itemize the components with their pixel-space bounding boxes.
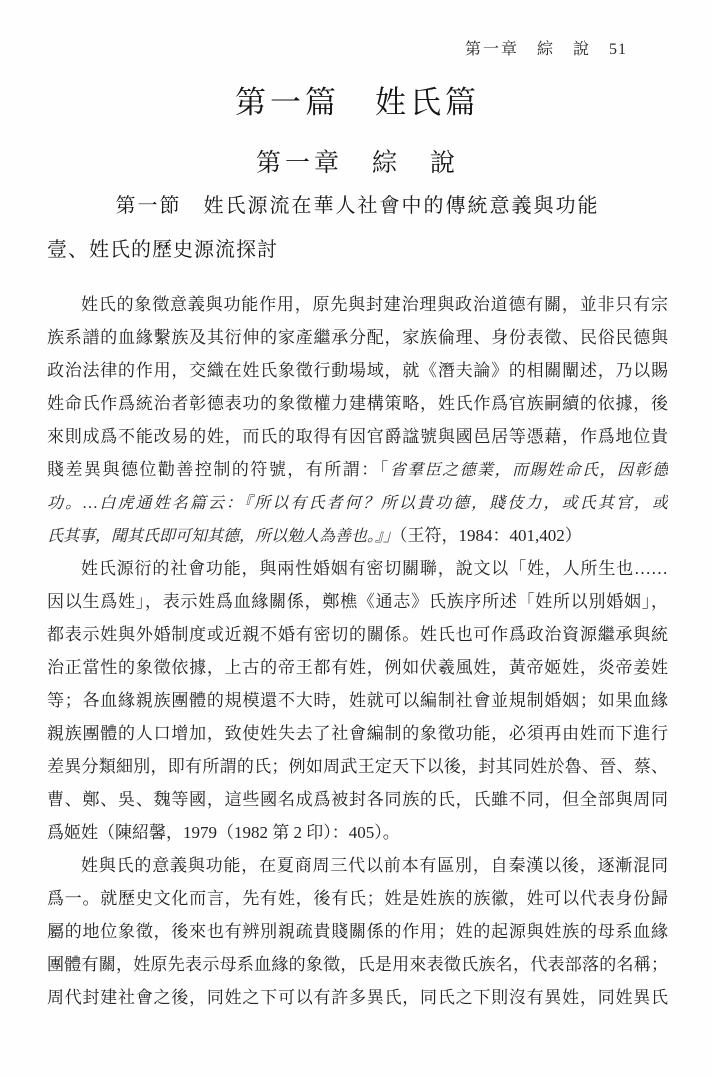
body-run: 姓命氏作爲統治者彰德表功的象徵權力建構策略，姓氏作爲官族嗣續的依據，後 [47, 394, 668, 413]
body-run: 因以生爲姓」，表示姓爲血緣關係，鄭樵《通志》氏族序所述「姓所以別婚姻」， [47, 592, 668, 611]
body-line: 屬的地位象徵，後來也有辨別親疏貴賤關係的作用；姓的起源與姓族的母系血緣 [47, 915, 668, 948]
body-line: 曹、鄭、吳、魏等國，這些國名成爲被封各同族的氏，氏雖不同，但全部與周同 [47, 783, 668, 816]
chapter-title: 第一章 綜 說 [47, 150, 668, 178]
body-run: 曹、鄭、吳、魏等國，這些國名成爲被封各同族的氏，氏雖不同，但全部與周同 [47, 790, 668, 809]
body-line: 政治法律的作用，交織在姓氏象徵行動場域，就《潛夫論》的相關闡述，乃以賜 [47, 354, 668, 387]
body-run: 團體有關，姓原先表示母系血緣的象徵，氏是用來表徵氏族名，代表部落的名稱； [47, 955, 668, 974]
body-line: 姓氏的象徵意義與功能作用，原先與封建治理與政治道德有關，並非只有宗 [47, 288, 668, 321]
body-line: 賤差異與德位勸善控制的符號，有所謂：「省羣臣之德業，而賜姓命氏，因彰德 [47, 453, 668, 486]
body-line: 治正當性的象徵依據，上古的帝王都有姓，例如伏羲風姓，黃帝姬姓，炎帝姜姓 [47, 651, 668, 684]
body-run: 差異分類細別，即有所謂的氏；例如周武王定天下以後，封其同姓於魯、晉、蔡、 [47, 757, 668, 776]
body-run: 政治法律的作用，交織在姓氏象徵行動場域，就《潛夫論》的相關闡述，乃以賜 [47, 361, 668, 380]
body-line: 族系譜的血緣繫族及其衍伸的家產繼承分配，家族倫理、身份表徵、民俗民德與 [47, 321, 668, 354]
running-head-chapter: 第一章 綜 說 [465, 36, 591, 59]
running-head: 第一章 綜 說 51 [465, 36, 627, 59]
part-title: 第一篇 姓氏篇 [47, 86, 668, 120]
quoted-classical-text: 功。…白虎通姓名篇云：『所以有氏者何？所以貴功德，賤伎力，或氏其官，或 [47, 495, 668, 512]
document-page: 第一章 綜 說 51 第一篇 姓氏篇 第一章 綜 說 第一節 姓氏源流在華人社會… [0, 0, 711, 1078]
body-run: 周代封建社會之後，同姓之下可以有許多異氏，同氏之下則沒有異姓，同姓異氏 [47, 988, 668, 1007]
body-line: 爲姬姓（陳紹馨，1979（1982 第 2 印）：405）。 [47, 816, 668, 849]
quoted-classical-text: 氏其事，聞其氏即可知其德，所以勉人為善也。』」 [47, 528, 399, 545]
body-line: 團體有關，姓原先表示母系血緣的象徵，氏是用來表徵氏族名，代表部落的名稱； [47, 948, 668, 981]
body-run: 賤差異與德位勸善控制的符號，有所謂：「 [47, 460, 390, 479]
body-line: 差異分類細別，即有所謂的氏；例如周武王定天下以後，封其同姓於魯、晉、蔡、 [47, 750, 668, 783]
body-line: 等；各血緣親族團體的規模還不大時，姓就可以編制社會並規制婚姻；如果血緣 [47, 684, 668, 717]
body-line: 氏其事，聞其氏即可知其德，所以勉人為善也。』」（王符，1984：401,402） [47, 519, 668, 552]
body-run: 都表示姓與外婚制度或近親不婚有密切的關係。姓氏也可作爲政治資源繼承與統 [47, 625, 668, 644]
body-line: 都表示姓與外婚制度或近親不婚有密切的關係。姓氏也可作爲政治資源繼承與統 [47, 618, 668, 651]
body-line: 因以生爲姓」，表示姓爲血緣關係，鄭樵《通志》氏族序所述「姓所以別婚姻」， [47, 585, 668, 618]
body-line: 姓命氏作爲統治者彰德表功的象徵權力建構策略，姓氏作爲官族嗣續的依據，後 [47, 387, 668, 420]
body-run: 爲姬姓（陳紹馨，1979（1982 第 2 印）：405）。 [47, 823, 400, 842]
body-run: 姓與氏的意義與功能，在夏商周三代以前本有區別，自秦漢以後，逐漸混同 [81, 856, 668, 875]
body-line: 親族團體的人口增加，致使姓失去了社會編制的象徵功能，必須再由姓而下進行 [47, 717, 668, 750]
body-run: 屬的地位象徵，後來也有辨別親疏貴賤關係的作用；姓的起源與姓族的母系血緣 [47, 922, 668, 941]
section-title: 第一節 姓氏源流在華人社會中的傳統意義與功能 [47, 194, 668, 218]
body-line: 功。…白虎通姓名篇云：『所以有氏者何？所以貴功德，賤伎力，或氏其官，或 [47, 486, 668, 519]
body-line: 姓氏源衍的社會功能，與兩性婚姻有密切關聯，說文以「姓，人所生也…… [47, 552, 668, 585]
subsection-heading: 壹、姓氏的歷史源流探討 [47, 238, 278, 262]
body-line: 來則成爲不能改易的姓，而氏的取得有因官爵諡號與國邑居等憑藉，作爲地位貴 [47, 420, 668, 453]
body-line: 周代封建社會之後，同姓之下可以有許多異氏，同氏之下則沒有異姓，同姓異氏 [47, 981, 668, 1014]
body-run: 治正當性的象徵依據，上古的帝王都有姓，例如伏羲風姓，黃帝姬姓，炎帝姜姓 [47, 658, 668, 677]
body-run: （王符，1984：401,402） [399, 526, 582, 545]
body-run: 族系譜的血緣繫族及其衍伸的家產繼承分配，家族倫理、身份表徵、民俗民德與 [47, 328, 668, 347]
body-line: 姓與氏的意義與功能，在夏商周三代以前本有區別，自秦漢以後，逐漸混同 [47, 849, 668, 882]
body-run: 姓氏源衍的社會功能，與兩性婚姻有密切關聯，說文以「姓，人所生也…… [81, 559, 668, 578]
body-run: 等；各血緣親族團體的規模還不大時，姓就可以編制社會並規制婚姻；如果血緣 [47, 691, 668, 710]
page-number: 51 [609, 41, 627, 59]
body-line: 爲一。就歷史文化而言，先有姓，後有氏；姓是姓族的族徽，姓可以代表身份歸 [47, 882, 668, 915]
quoted-classical-text: 省羣臣之德業，而賜姓命氏，因彰德 [390, 462, 668, 479]
body-text: 姓氏的象徵意義與功能作用，原先與封建治理與政治道德有關，並非只有宗族系譜的血緣繫… [47, 288, 668, 1014]
body-run: 姓氏的象徵意義與功能作用，原先與封建治理與政治道德有關，並非只有宗 [81, 295, 668, 314]
body-run: 來則成爲不能改易的姓，而氏的取得有因官爵諡號與國邑居等憑藉，作爲地位貴 [47, 427, 668, 446]
body-run: 親族團體的人口增加，致使姓失去了社會編制的象徵功能，必須再由姓而下進行 [47, 724, 668, 743]
body-run: 爲一。就歷史文化而言，先有姓，後有氏；姓是姓族的族徽，姓可以代表身份歸 [47, 889, 668, 908]
